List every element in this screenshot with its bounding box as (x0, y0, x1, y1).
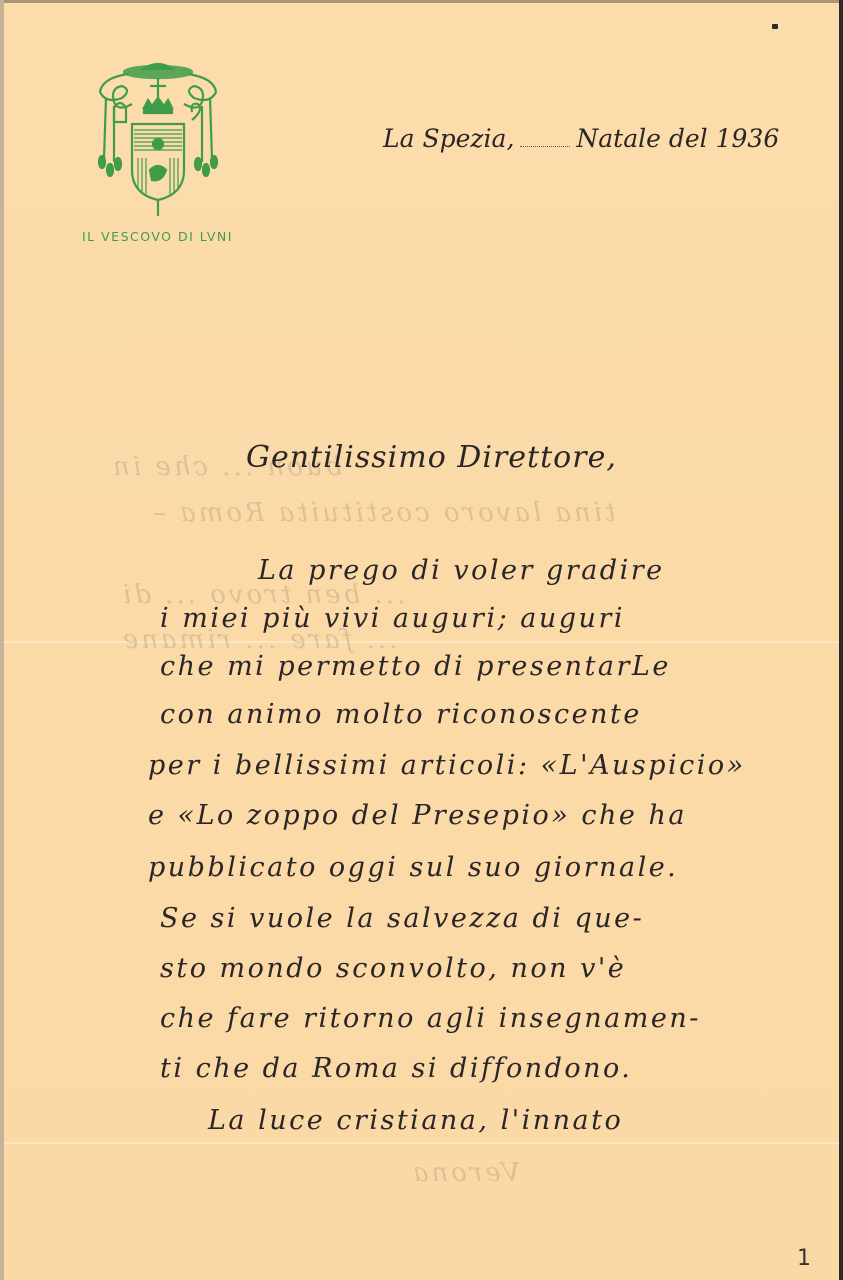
body-line: Se si vuole la salvezza di que- (160, 903, 644, 934)
body-line: pubblicato oggi sul suo giornale. (148, 852, 678, 883)
body-line: con animo molto riconoscente (160, 699, 642, 730)
place: La Spezia, (383, 124, 514, 153)
body-line: La luce cristiana, l'innato (208, 1105, 623, 1136)
body-line: per i bellissimi articoli: «L'Auspicio» (148, 750, 746, 781)
body-line: i miei più vivi auguri; auguri (160, 603, 625, 634)
bleed-through-text: tina lavoro costituita Roma – (150, 498, 615, 528)
dotted-rule (520, 146, 570, 147)
page-number: 1 (797, 1246, 811, 1271)
letter-page: IL VESCOVO DI LVNI La Spezia,Natale del … (0, 0, 843, 1280)
scan-top-edge (0, 0, 843, 3)
scan-right-edge (839, 0, 843, 1280)
episcopal-coat-of-arms-icon (92, 58, 224, 218)
salutation: Gentilissimo Direttore, (246, 440, 617, 475)
date: Natale del 1936 (576, 124, 779, 153)
paper-fold-line-lower (4, 1142, 839, 1144)
place-date-line: La Spezia,Natale del 1936 (383, 124, 779, 153)
body-line: sto mondo sconvolto, non v'è (160, 953, 626, 984)
body-line: La prego di voler gradire (258, 555, 665, 586)
body-line: che fare ritorno agli insegnamen- (160, 1003, 701, 1034)
body-line: ti che da Roma si diffondono. (160, 1053, 632, 1084)
ink-speck (772, 24, 778, 29)
scan-left-edge (0, 0, 4, 1280)
letterhead-caption: IL VESCOVO DI LVNI (82, 229, 233, 244)
body-line: che mi permetto di presentarLe (160, 651, 671, 682)
body-line: e «Lo zoppo del Presepio» che ha (148, 800, 687, 831)
bleed-through-text: Verona (410, 1158, 520, 1188)
